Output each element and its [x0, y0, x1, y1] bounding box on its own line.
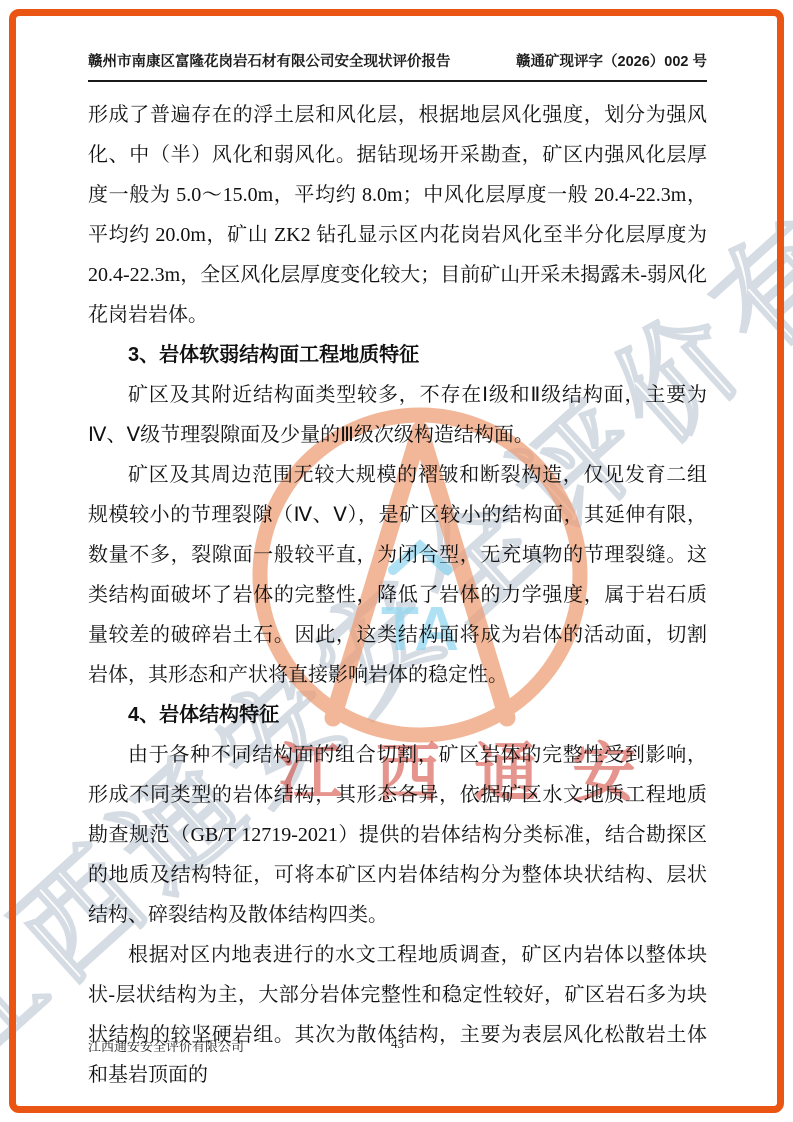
paragraph: 形成了普遍存在的浮土层和风化层，根据地层风化强度，划分为强风化、中（半）风化和弱…: [88, 95, 707, 335]
paragraph: 矿区及其附近结构面类型较多，不存在Ⅰ级和Ⅱ级结构面，主要为Ⅳ、Ⅴ级节理裂隙面及少…: [88, 375, 707, 455]
header-doc-number: 赣通矿现评字（2026）002 号: [516, 50, 707, 71]
page-header: 赣州市南康区富隆花岗岩石材有限公司安全现状评价报告 赣通矿现评字（2026）00…: [88, 50, 707, 82]
section-heading-4: 4、岩体结构特征: [88, 695, 707, 735]
header-report-title: 赣州市南康区富隆花岗岩石材有限公司安全现状评价报告: [88, 50, 451, 71]
section-heading-3: 3、岩体软弱结构面工程地质特征: [88, 335, 707, 375]
document-page: 江西通安安全评价有限公司 TA 江西通安 赣州市南康区富隆花岗岩石材有限公司安全…: [0, 0, 793, 1122]
page-number: 43: [88, 1036, 707, 1052]
paragraph: 由于各种不同结构面的组合切割，矿区岩体的完整性受到影响，形成不同类型的岩体结构，…: [88, 735, 707, 935]
document-body: 形成了普遍存在的浮土层和风化层，根据地层风化强度，划分为强风化、中（半）风化和弱…: [88, 95, 707, 1095]
paragraph: 矿区及其周边范围无较大规模的褶皱和断裂构造，仅见发育二组规模较小的节理裂隙（Ⅳ、…: [88, 455, 707, 695]
paragraph: 根据对区内地表进行的水文工程地质调查，矿区内岩体以整体块状-层状结构为主，大部分…: [88, 935, 707, 1095]
